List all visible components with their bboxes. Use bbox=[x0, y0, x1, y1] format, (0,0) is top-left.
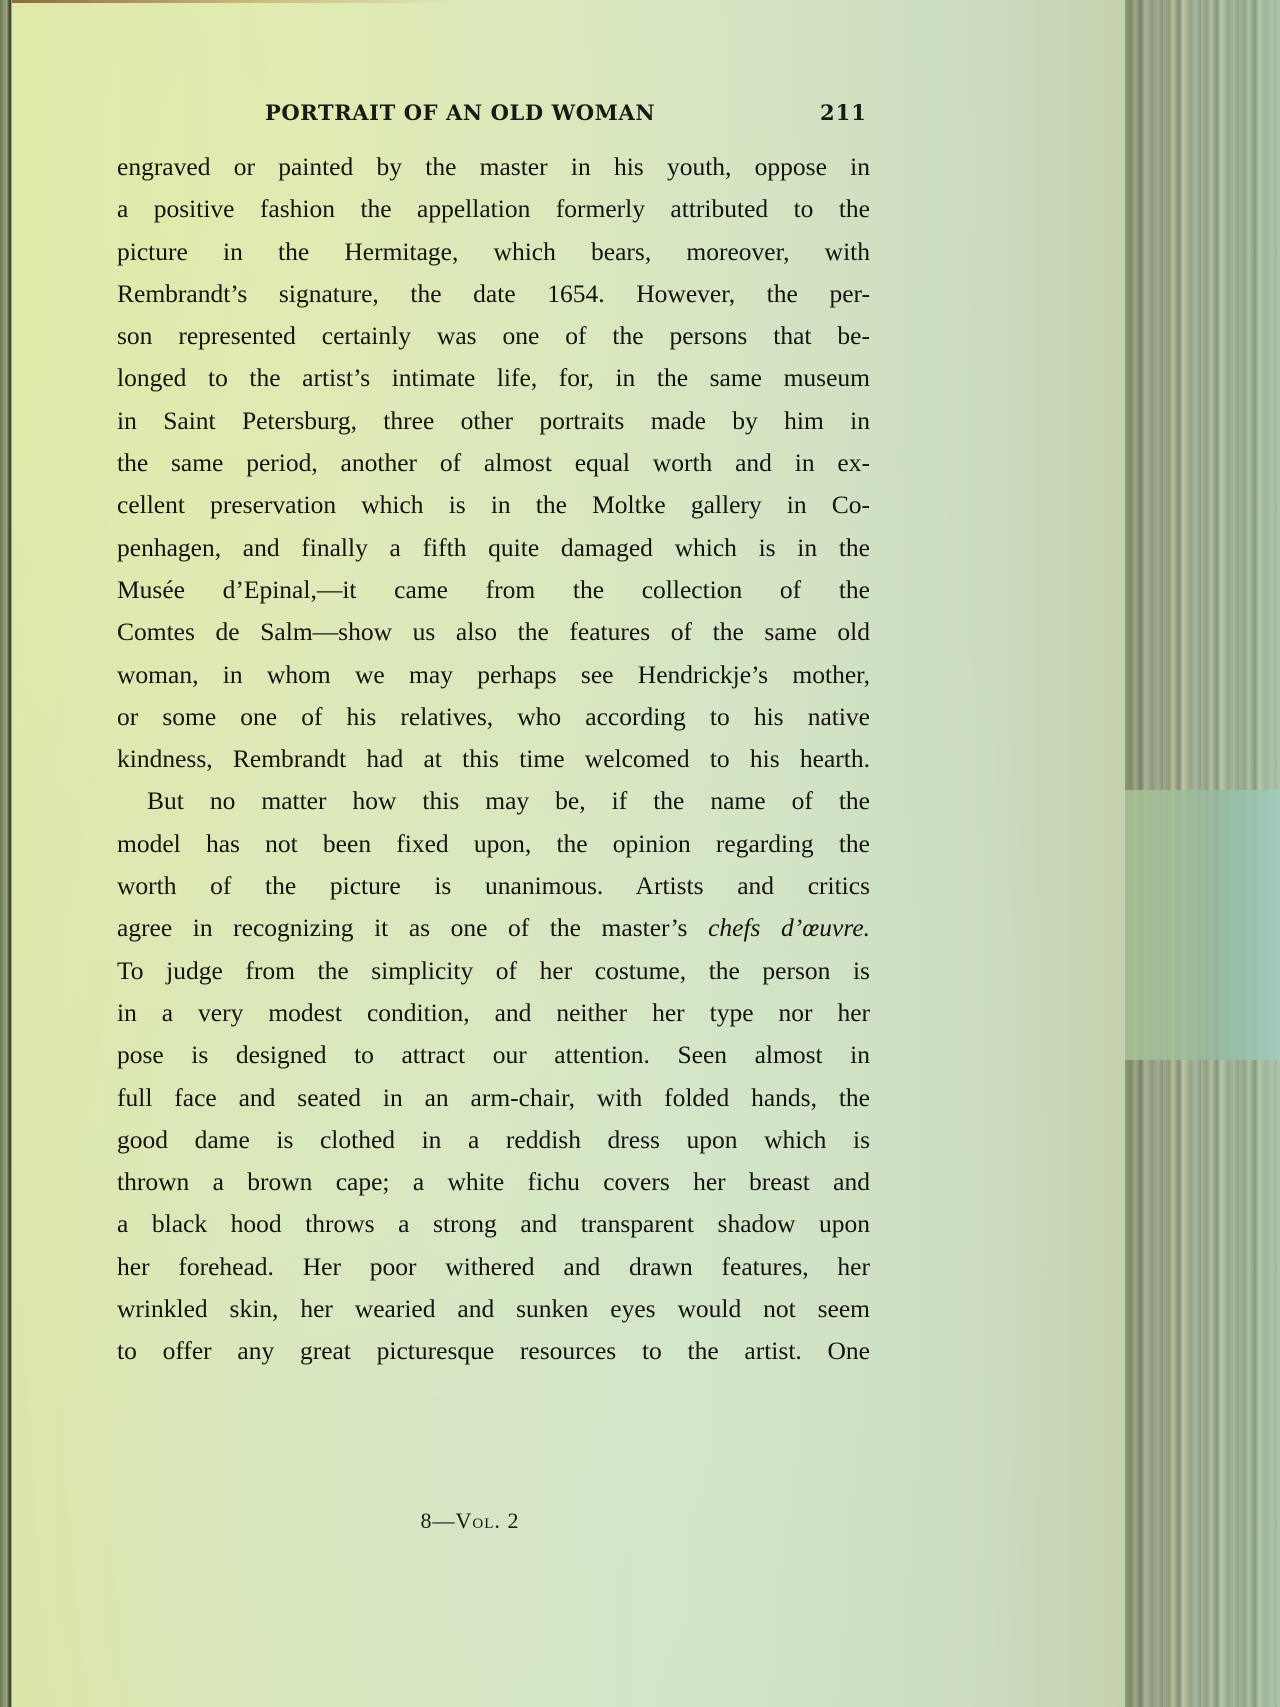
signature-number: 8 bbox=[421, 1508, 433, 1533]
adjacent-page-edge bbox=[0, 0, 12, 1707]
text-line: Musée d’Epinal,—it came from the collect… bbox=[117, 569, 870, 611]
text-line: pose is designed to attract our attentio… bbox=[117, 1034, 870, 1076]
text-line: in a very modest condition, and neither … bbox=[117, 992, 870, 1034]
text-line: model has not been fixed upon, the opini… bbox=[117, 823, 870, 865]
text-line: or some one of his relatives, who accord… bbox=[117, 696, 870, 738]
text-line: full face and seated in an arm-chair, wi… bbox=[117, 1077, 870, 1119]
text-line: the same period, another of almost equal… bbox=[117, 442, 870, 484]
text-line: good dame is clothed in a reddish dress … bbox=[117, 1119, 870, 1161]
text-line: picture in the Hermitage, which bears, m… bbox=[117, 231, 870, 273]
text-line: longed to the artist’s intimate life, fo… bbox=[117, 357, 870, 399]
text-line: engraved or painted by the master in his… bbox=[117, 146, 870, 188]
text-line: thrown a brown cape; a white fichu cover… bbox=[117, 1161, 870, 1203]
text-line: her forehead. Her poor withered and draw… bbox=[117, 1246, 870, 1288]
signature-mark: 8—Vol. 2 bbox=[0, 1508, 940, 1534]
text-line: penhagen, and finally a fifth quite dama… bbox=[117, 527, 870, 569]
running-title: PORTRAIT OF AN OLD WOMAN bbox=[265, 100, 655, 125]
body-text: engraved or painted by the master in his… bbox=[117, 146, 870, 1373]
text-line: wrinkled skin, her wearied and sunken ey… bbox=[117, 1288, 870, 1330]
paragraph-start-line: But no matter how this may be, if the na… bbox=[117, 780, 870, 822]
text-line: worth of the picture is unanimous. Artis… bbox=[117, 865, 870, 907]
page-edges-glare bbox=[1125, 790, 1280, 1060]
signature-dash: — bbox=[433, 1508, 456, 1533]
signature-volume-label: Vol. bbox=[456, 1508, 501, 1533]
text-line: to offer any great picturesque resources… bbox=[117, 1330, 870, 1372]
text-line: a positive fashion the appellation forme… bbox=[117, 188, 870, 230]
text-line: To judge from the simplicity of her cost… bbox=[117, 950, 870, 992]
text-line-with-italic: agree in recognizing it as one of the ma… bbox=[117, 907, 870, 949]
page-number: 211 bbox=[820, 100, 867, 125]
text-line: a black hood throws a strong and transpa… bbox=[117, 1203, 870, 1245]
paragraph-end-line: kindness, Rembrandt had at this time wel… bbox=[117, 738, 870, 780]
text-line: in Saint Petersburg, three other portrai… bbox=[117, 400, 870, 442]
italic-phrase: chefs d’œuvre. bbox=[708, 913, 870, 942]
page-top-edge bbox=[12, 0, 1125, 3]
signature-volume-number: 2 bbox=[507, 1508, 519, 1533]
text-line: cellent preservation which is in the Mol… bbox=[117, 484, 870, 526]
text-line: Rembrandt’s signature, the date 1654. Ho… bbox=[117, 273, 870, 315]
running-header: PORTRAIT OF AN OLD WOMAN 211 bbox=[0, 100, 1125, 130]
text-line: Comtes de Salm—show us also the features… bbox=[117, 611, 870, 653]
text-line: son represented certainly was one of the… bbox=[117, 315, 870, 357]
text-segment: agree in recognizing it as one of the ma… bbox=[117, 913, 687, 942]
text-line: woman, in whom we may perhaps see Hendri… bbox=[117, 654, 870, 696]
